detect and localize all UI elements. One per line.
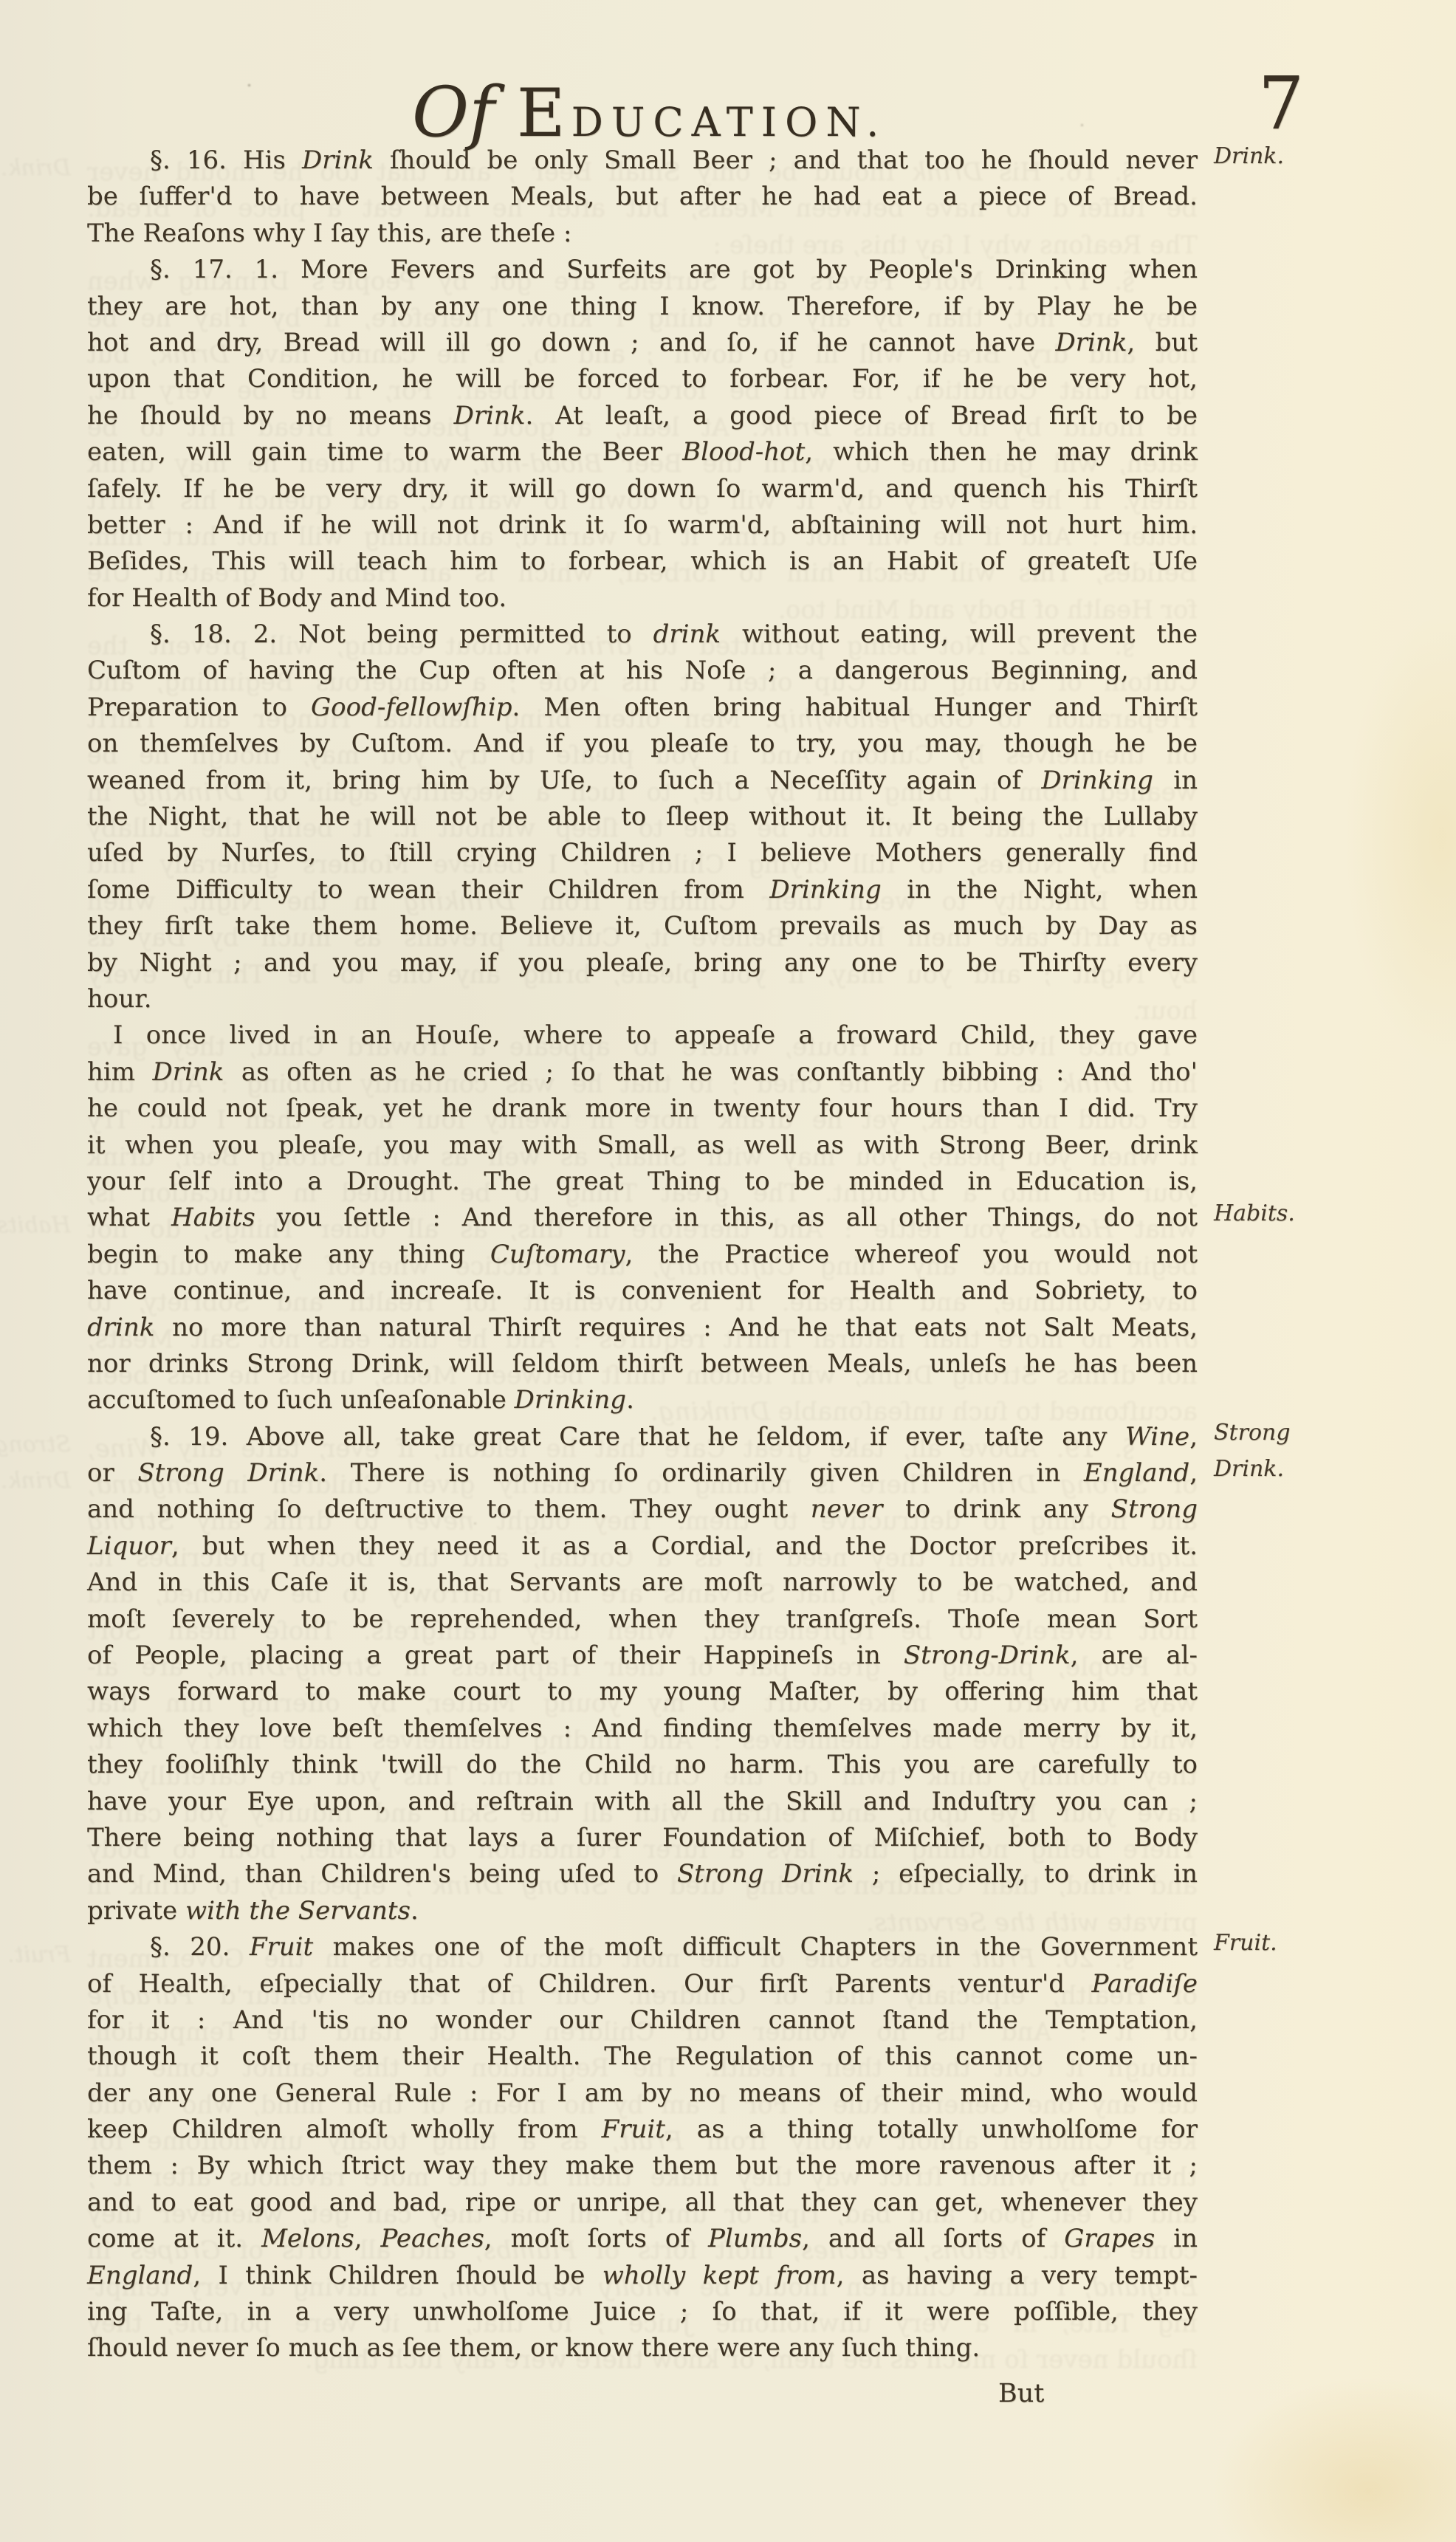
text-line: they are hot, than by any one thing I kn… [87, 289, 1198, 325]
margin-note: Strong [1214, 1420, 1398, 1446]
catchword: But [998, 2379, 1044, 2408]
text-line: for Health of Body and Mind too. [87, 580, 1198, 616]
text-line: moſt ſeverely to be reprehended, when th… [87, 1601, 1198, 1638]
text-line: they fooliſhly think 'twill do the Child… [87, 1747, 1198, 1783]
text-line: have continue, and increaſe. It is conve… [87, 1273, 1198, 1309]
text-line: ſhould never ſo much as ſee them, or kno… [87, 2330, 1198, 2366]
paragraph: §. 20. Fruit makes one of the moſt diffi… [87, 1929, 1198, 2367]
text-line: hour. [87, 981, 1198, 1017]
text-line: and to eat good and bad, ripe or unripe,… [87, 2185, 1198, 2221]
margin-note: Drink. [1214, 143, 1398, 170]
text-line: Cuſtom of having the Cup often at his No… [87, 653, 1198, 689]
text-line: they firſt take them home. Believe it, C… [87, 908, 1198, 944]
text-line: §. 18. 2. Not being permitted to drink w… [87, 616, 1198, 653]
text-line: the Night, that he will not be able to ſ… [87, 799, 1198, 835]
paragraph: §. 18. 2. Not being permitted to drink w… [87, 616, 1198, 1017]
text-line: them : By which ſtrict way they make the… [87, 2148, 1198, 2184]
text-line: upon that Condition, he will be forced t… [87, 361, 1198, 397]
running-head-education: EDUCATION. [517, 80, 887, 147]
text-line: him Drink as often as he cried ; ſo that… [87, 1054, 1198, 1090]
text-line: hot and dry, Bread will ill go down ; an… [87, 325, 1198, 361]
text-line: Liquor, but when they need it as a Cordi… [87, 1528, 1198, 1564]
text-line: and Mind, than Children's being uſed to … [87, 1856, 1198, 1892]
text-line: which they love beſt themſelves : And fi… [87, 1711, 1198, 1747]
text-line: ſafely. If he be very dry, it will go do… [87, 471, 1198, 507]
paragraph: §. 16. His Drink ſhould be only Small Be… [87, 142, 1198, 252]
text-line: he ſhould by no means Drink. At leaſt, a… [87, 398, 1198, 434]
text-line: I once lived in an Houſe, where to appea… [87, 1017, 1198, 1054]
text-line: §. 17. 1. More Fevers and Surfeits are g… [87, 252, 1198, 288]
text-line: come at it. Melons, Peaches, moſt ſorts … [87, 2221, 1198, 2257]
text-line: of People, placing a great part of their… [87, 1638, 1198, 1674]
paragraph: §. 17. 1. More Fevers and Surfeits are g… [87, 252, 1198, 616]
page-number: 7 [1258, 68, 1304, 140]
text-line: of Health, eſpecially that of Children. … [87, 1966, 1198, 2002]
text-line: by Night ; and you may, if you pleaſe, b… [87, 945, 1198, 981]
text-line: And in this Caſe it is, that Servants ar… [87, 1564, 1198, 1601]
text-line: England, I think Children ſhould be whol… [87, 2258, 1198, 2294]
text-line: begin to make any thing Cuſtomary, the P… [87, 1237, 1198, 1273]
paper-specks [0, 0, 2, 2]
text-line: keep Children almoſt wholly from Fruit, … [87, 2112, 1198, 2148]
text-line: The Reaſons why I ſay this, are theſe : [87, 216, 1198, 252]
text-line: it when you pleaſe, you may with Small, … [87, 1127, 1198, 1164]
text-line: private with the Servants. [87, 1893, 1198, 1929]
text-line: and nothing ſo deſtructive to them. They… [87, 1491, 1198, 1528]
text-line: weaned from it, bring him by Uſe, to ſuc… [87, 763, 1198, 799]
margin-note: Habits. [1214, 1200, 1398, 1227]
text-line: be ſuffer'd to have between Meals, but a… [87, 179, 1198, 215]
text-line: There being nothing that lays a ſurer Fo… [87, 1820, 1198, 1856]
text-line: Preparation to Good-fellowſhip. Men ofte… [87, 690, 1198, 726]
text-line: §. 16. His Drink ſhould be only Small Be… [87, 142, 1198, 179]
text-line: §. 19. Above all, take great Care that h… [87, 1419, 1198, 1455]
text-line: your ſelf into a Drought. The great Thin… [87, 1164, 1198, 1200]
text-block: §. 16. His Drink ſhould be only Small Be… [87, 142, 1198, 2367]
paragraph: I once lived in an Houſe, where to appea… [87, 1017, 1198, 1418]
running-head-of: Of [412, 78, 495, 148]
text-line: accuſtomed to ſuch unſeaſonable Drinking… [87, 1382, 1198, 1418]
text-line: nor drinks Strong Drink, will ſeldom thi… [87, 1346, 1198, 1382]
text-line: better : And if he will not drink it ſo … [87, 507, 1198, 543]
text-line: ſome Difficulty to wean their Children f… [87, 872, 1198, 908]
text-line: Beſides, This will teach him to forbear,… [87, 543, 1198, 580]
text-line: ing Taſte, in a very unwholſome Juice ; … [87, 2294, 1198, 2330]
text-line: uſed by Nurſes, to ſtill crying Children… [87, 835, 1198, 871]
text-line: eaten, will gain time to warm the Beer B… [87, 434, 1198, 470]
text-line: on themſelves by Cuſtom. And if you plea… [87, 726, 1198, 762]
text-line: have your Eye upon, and reſtrain with al… [87, 1784, 1198, 1820]
text-line: drink no more than natural Thirſt requir… [87, 1310, 1198, 1346]
text-line: what Habits you ſettle : And therefore i… [87, 1200, 1198, 1236]
running-head: Of EDUCATION. [412, 78, 887, 148]
margin-note: Fruit. [1214, 1930, 1398, 1957]
text-line: ways forward to make court to my young M… [87, 1674, 1198, 1710]
text-line: der any one General Rule : For I am by n… [87, 2075, 1198, 2112]
text-line: or Strong Drink. There is nothing ſo ord… [87, 1455, 1198, 1491]
text-line: for it : And 'tis no wonder our Children… [87, 2002, 1198, 2038]
paragraph: §. 19. Above all, take great Care that h… [87, 1419, 1198, 1929]
margin-note: Drink. [1214, 1456, 1398, 1483]
text-line: §. 20. Fruit makes one of the moſt diffi… [87, 1929, 1198, 1965]
text-line: he could not ſpeak, yet he drank more in… [87, 1090, 1198, 1127]
text-line: though it coſt them their Health. The Re… [87, 2038, 1198, 2075]
book-page: Of EDUCATION. 7 §. 16. His Drink ſhould … [0, 0, 1456, 2542]
